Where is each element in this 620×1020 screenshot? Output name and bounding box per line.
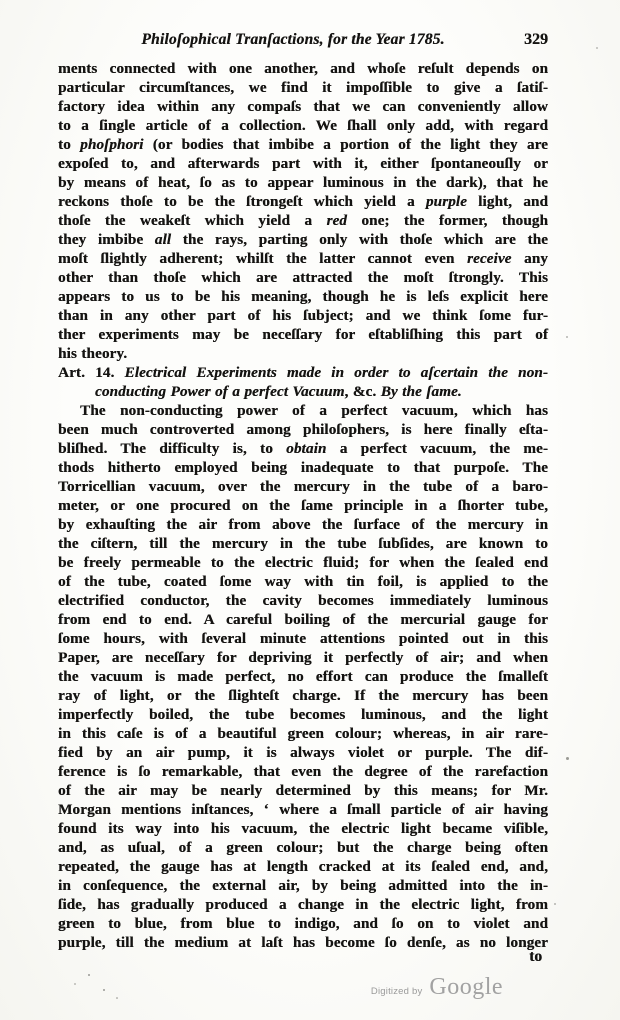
catchword: to [529, 948, 542, 966]
text-line: electrified conductor, the cavity become… [58, 591, 548, 610]
text-line: ſome hours, with ſeveral minute attentio… [58, 629, 548, 648]
text-line: factory idea within any compaſs that we … [58, 97, 548, 116]
text-line: purple, till the medium at laſt has beco… [58, 933, 548, 952]
text-line: ference is ſo remarkable, that even the … [58, 762, 548, 781]
text-line: of the tube, coated ſome way with tin fo… [58, 572, 548, 591]
text-line: fied by an air pump, it is always violet… [58, 743, 548, 762]
text-line: imperfectly boiled, the tube becomes lum… [58, 705, 548, 724]
text-line: thods hitherto employed being inadequate… [58, 458, 548, 477]
page-number: 329 [524, 31, 548, 49]
text-line: reckons thoſe to be the ſtrongeſt which … [58, 192, 548, 211]
text-line: the ciſtern, till the mercury in the tub… [58, 534, 548, 553]
scan-speck [88, 974, 90, 976]
text-line: to a ſingle article of a collection. We … [58, 116, 548, 135]
text-line: ments connected with one another, and wh… [58, 59, 548, 78]
scan-speck [566, 757, 569, 760]
text-line: moſt ſlightly adherent; whilſt the latte… [58, 249, 548, 268]
text-line: than in any other part of his ſubject; a… [58, 306, 548, 325]
digitization-watermark: Digitized by Google [371, 974, 503, 1001]
text-line: by means of heat, ſo as to appear lumino… [58, 173, 548, 192]
text-line: ray of light, or the ſlighteſt charge. I… [58, 686, 548, 705]
text-line: Torricellian vacuum, over the mercury in… [58, 477, 548, 496]
text-line: ther experiments may be neceſſary for eſ… [58, 325, 548, 344]
text-line: in conſequence, the external air, by bei… [58, 876, 548, 895]
text-line: Paper, are neceſſary for depriving it pe… [58, 648, 548, 667]
text-line: ſide, has gradually produced a change in… [58, 895, 548, 914]
page-body: ments connected with one another, and wh… [58, 59, 548, 952]
watermark-prefix-label: Digitized by [371, 986, 423, 997]
scan-speck [103, 989, 105, 991]
article-heading-line: conducting Power of a perfect Vacuum, &c… [58, 382, 548, 401]
article-heading-line: Art. 14. Electrical Experiments made in … [58, 363, 548, 382]
google-logo: Google [429, 974, 503, 1001]
text-line: from end to end. A careful boiling of th… [58, 610, 548, 629]
text-line: be freely permeable to the electric flui… [58, 553, 548, 572]
text-line: The non-conducting power of a perfect va… [58, 401, 548, 420]
text-line: his theory. [58, 344, 548, 363]
text-line: appears to us to be his meaning, though … [58, 287, 548, 306]
text-line: repeated, the gauge has at length cracke… [58, 857, 548, 876]
text-line: expoſed to, and afterwards part with it,… [58, 154, 548, 173]
text-line: particular circumſtances, we find it imp… [58, 78, 548, 97]
text-line: and, as uſual, of a green colour; but th… [58, 838, 548, 857]
scan-speck [74, 983, 76, 985]
journal-header-title: Philoſophical Tranſactions, for the Year… [58, 31, 528, 49]
text-line: by exhauſting the air from above the ſur… [58, 515, 548, 534]
text-line: been much controverted among philoſopher… [58, 420, 548, 439]
text-line: meter, or one procured on the ſame princ… [58, 496, 548, 515]
text-line: of the air may be nearly determined by t… [58, 781, 548, 800]
text-line: to phoſphori (or bodies that imbibe a po… [58, 135, 548, 154]
text-line: in this caſe is of a beautiful green col… [58, 724, 548, 743]
text-line: Morgan mentions inſtances, ‘ where a ſma… [58, 800, 548, 819]
text-line: other than thoſe which are attracted the… [58, 268, 548, 287]
text-line: bliſhed. The difficulty is, to obtain a … [58, 439, 548, 458]
scan-speck [116, 997, 118, 999]
scan-speck [596, 47, 598, 49]
text-line: the vacuum is made perfect, no effort ca… [58, 667, 548, 686]
scan-speck [566, 336, 568, 338]
text-line: found its way into his vacuum, the elect… [58, 819, 548, 838]
text-line: green to blue, from blue to indigo, and … [58, 914, 548, 933]
scan-speck [554, 903, 556, 905]
text-line: they imbibe all the rays, parting only w… [58, 230, 548, 249]
text-line: thoſe the weakeſt which yield a red one;… [58, 211, 548, 230]
